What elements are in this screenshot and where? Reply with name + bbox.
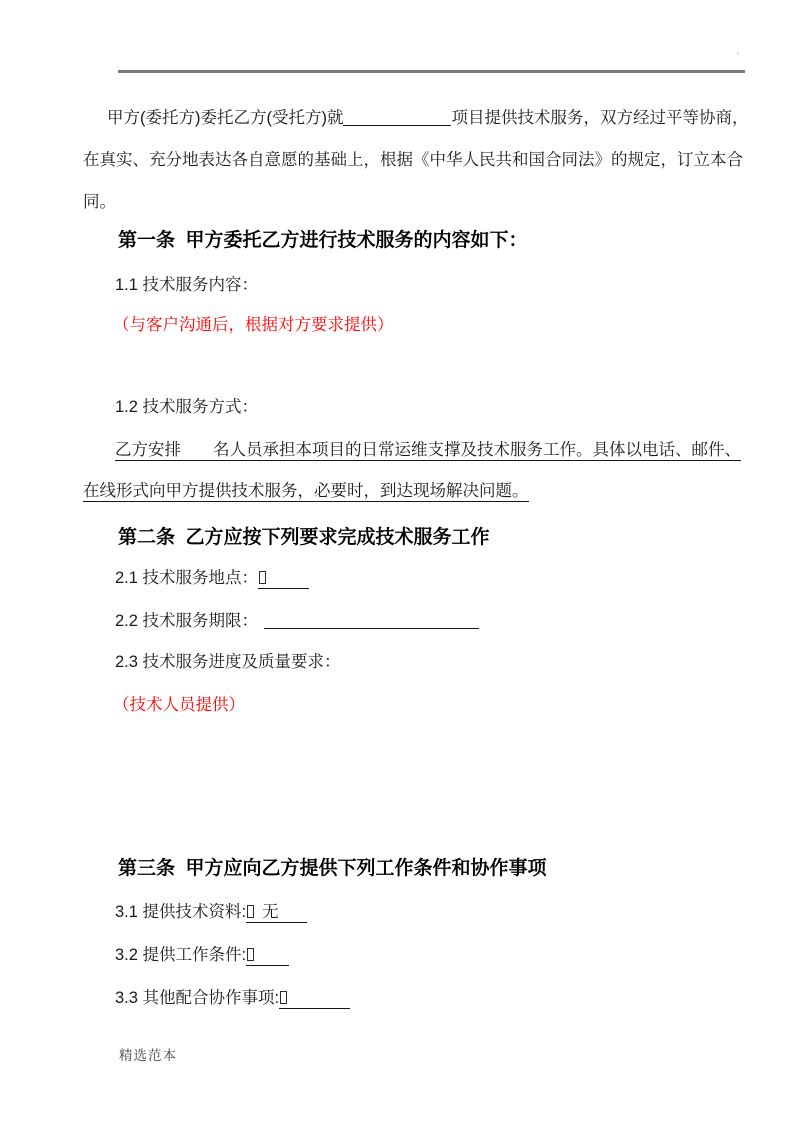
other-cooperation-blank-field bbox=[279, 989, 350, 1009]
intro-paragraph-line-3: 同。 bbox=[83, 192, 116, 212]
item-3-1-value: 无 bbox=[262, 903, 279, 921]
item-2-2-label: 2.2 技术服务期限： bbox=[115, 612, 258, 630]
item-3-2-row: 3.2 提供工作条件: bbox=[115, 945, 289, 965]
article-2-red-note: （技术人员提供） bbox=[113, 695, 245, 715]
header-stray-mark: ' bbox=[737, 51, 739, 61]
intro-line1-text-after-blank: 项目提供技术服务，双方经过平等协商， bbox=[451, 109, 748, 127]
article-1-red-note: （与客户沟通后，根据对方要求提供） bbox=[113, 315, 394, 335]
intro-paragraph-line-1: 甲方(委托方)委托乙方(受托方)就项目提供技术服务，双方经过平等协商， bbox=[107, 108, 748, 128]
intro-paragraph-line-2: 在真实、充分地表达各自意愿的基础上，根据《中华人民共和国合同法》的规定，订立本合 bbox=[83, 150, 743, 170]
body-line1-text-before-blank: 乙方安排 bbox=[115, 441, 181, 459]
service-term-blank-field bbox=[264, 615, 479, 629]
work-condition-blank-field bbox=[246, 946, 289, 966]
header-rule bbox=[118, 70, 745, 73]
item-3-2-label: 3.2 提供工作条件: bbox=[115, 946, 246, 964]
article-2-heading: 第二条 乙方应按下列要求完成技术服务工作 bbox=[118, 527, 490, 549]
item-1-2-body-line-1: 乙方安排名人员承担本项目的日常运维支撑及技术服务工作。具体以电话、邮件、 bbox=[115, 440, 741, 460]
contract-document-page: ' 甲方(委托方)委托乙方(受托方)就项目提供技术服务，双方经过平等协商， 在真… bbox=[0, 0, 800, 1132]
item-2-3-label: 2.3 技术服务进度及质量要求： bbox=[115, 652, 341, 672]
item-3-1-row: 3.1 提供技术资料:无 bbox=[115, 902, 307, 922]
technical-material-blank-field: 无 bbox=[246, 903, 307, 923]
item-3-1-label: 3.1 提供技术资料: bbox=[115, 903, 246, 921]
item-1-2-label: 1.2 技术服务方式： bbox=[115, 397, 258, 417]
item-3-3-label: 3.3 其他配合协作事项: bbox=[115, 989, 279, 1007]
item-2-1-row: 2.1 技术服务地点： bbox=[115, 568, 309, 588]
item-1-1-label: 1.1 技术服务内容： bbox=[115, 275, 258, 295]
article-3-heading: 第三条 甲方应向乙方提供下列工作条件和协作事项 bbox=[118, 858, 547, 880]
missing-glyph-box bbox=[247, 948, 254, 961]
article-1-heading: 第一条 甲方委托乙方进行技术服务的内容如下： bbox=[118, 230, 528, 252]
item-2-2-row: 2.2 技术服务期限： bbox=[115, 611, 479, 631]
body-line1-text-after-blank: 名人员承担本项目的日常运维支撑及技术服务工作。具体以电话、邮件、 bbox=[213, 441, 741, 459]
missing-glyph-box bbox=[247, 905, 254, 918]
intro-line1-text-before-blank: 甲方(委托方)委托乙方(受托方)就 bbox=[107, 109, 343, 127]
item-3-3-row: 3.3 其他配合协作事项: bbox=[115, 988, 350, 1008]
service-location-blank-field bbox=[258, 569, 309, 589]
item-2-1-label: 2.1 技术服务地点： bbox=[115, 569, 258, 587]
missing-glyph-box bbox=[280, 991, 287, 1004]
missing-glyph-box bbox=[259, 571, 266, 584]
project-name-blank-field bbox=[343, 112, 451, 126]
item-1-2-body-line-2: 在线形式向甲方提供技术服务，必要时，到达现场解决问题。 bbox=[83, 481, 529, 501]
footer-watermark: 精选范本 bbox=[119, 1048, 177, 1064]
